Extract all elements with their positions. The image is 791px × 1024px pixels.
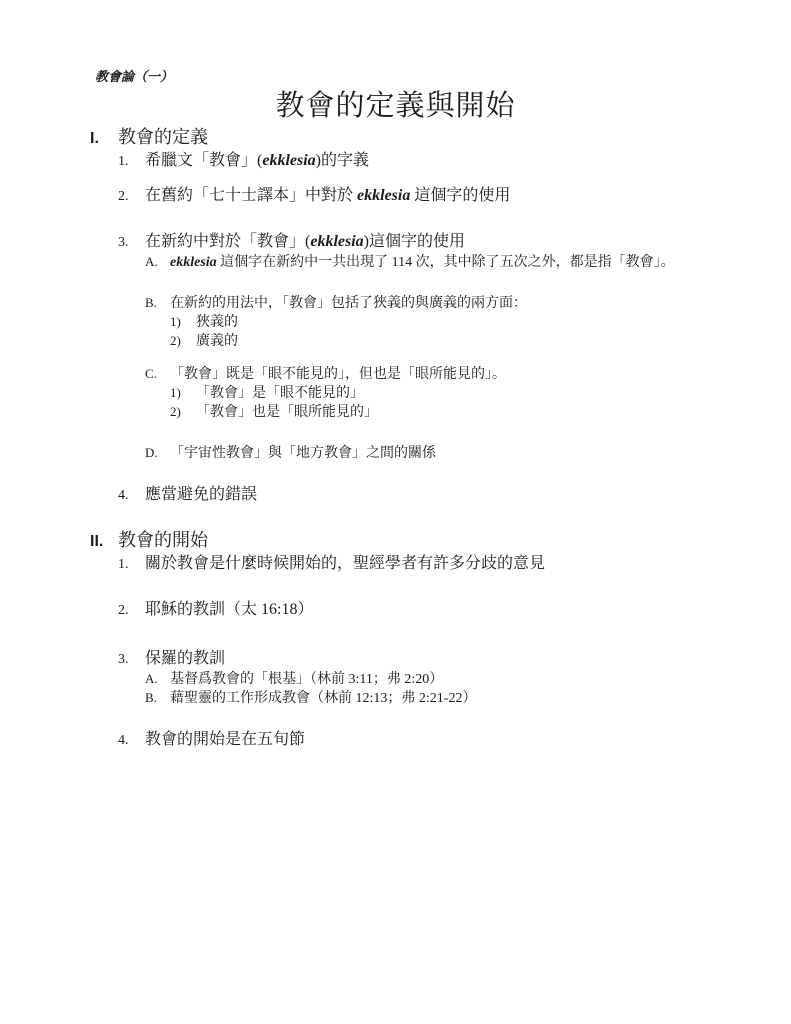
- item-text: 基督爲教會的「根基」（林前 3:11；弗 2:20）: [170, 671, 791, 689]
- item-text: 狹義的: [196, 314, 791, 332]
- item-text: 廣義的: [196, 333, 791, 351]
- outline-item: D.「宇宙性教會」與「地方教會」之間的關係: [0, 444, 791, 463]
- item-text: 保羅的教訓: [145, 649, 791, 669]
- outline-item: 1)狹義的: [0, 313, 791, 332]
- item-marker: A.: [145, 670, 170, 688]
- item-marker: A.: [145, 253, 170, 271]
- outline-item: 2.在舊約「七十士譯本」中對於 ekklesia 這個字的使用: [0, 186, 791, 207]
- outline-item: A.ekklesia 這個字在新約中一共出現了 114 次，其中除了五次之外，都…: [0, 253, 791, 272]
- item-text: 「教會」既是「眼不能見的」，但也是「眼所能見的」。: [170, 366, 791, 384]
- page-title: 教會的定義與開始: [0, 89, 791, 123]
- outline-item: 1.關於教會是什麼時候開始的，聖經學者有許多分歧的意見: [0, 554, 791, 575]
- item-marker: 1): [170, 313, 196, 331]
- document-header: 教會論（一）: [95, 69, 791, 85]
- outline-item: 3.保羅的教訓: [0, 649, 791, 670]
- outline-item: 2)「教會」也是「眼所能見的」: [0, 403, 791, 422]
- item-text: 希臘文「教會」(ekklesia)的字義: [145, 151, 791, 171]
- outline-item: 3.在新約中對於「教會」(ekklesia)這個字的使用: [0, 232, 791, 253]
- item-text: ekklesia 這個字在新約中一共出現了 114 次，其中除了五次之外，都是指…: [170, 254, 791, 272]
- item-marker: II.: [90, 530, 118, 554]
- item-text: 耶穌的教訓（太 16:18）: [145, 600, 791, 620]
- item-text: 應當避免的錯誤: [145, 485, 791, 505]
- item-text: 關於教會是什麼時候開始的，聖經學者有許多分歧的意見: [145, 554, 791, 574]
- item-marker: B.: [145, 294, 170, 312]
- outline-item: 2)廣義的: [0, 332, 791, 351]
- item-marker: 1.: [118, 152, 145, 172]
- section-heading: I.教會的定義: [0, 125, 791, 151]
- outline-item: 4.教會的開始是在五旬節: [0, 730, 791, 751]
- item-marker: B.: [145, 689, 170, 707]
- item-marker: I.: [90, 127, 118, 151]
- item-marker: 1.: [118, 555, 145, 575]
- item-marker: 1): [170, 384, 196, 402]
- item-text: 「宇宙性教會」與「地方教會」之間的關係: [170, 445, 791, 463]
- outline-item: 1.希臘文「教會」(ekklesia)的字義: [0, 151, 791, 172]
- outline-item: A.基督爲教會的「根基」（林前 3:11；弗 2:20）: [0, 670, 791, 689]
- item-marker: 3.: [118, 233, 145, 253]
- item-text: 在新約的用法中，「教會」包括了狹義的與廣義的兩方面：: [170, 295, 791, 313]
- outline-item: B.在新約的用法中，「教會」包括了狹義的與廣義的兩方面：: [0, 294, 791, 313]
- item-text: 「教會」是「眼不能見的」: [196, 385, 791, 403]
- item-marker: 2): [170, 332, 196, 350]
- section-heading: II.教會的開始: [0, 528, 791, 554]
- item-marker: D.: [145, 444, 170, 462]
- outline-item: 4.應當避免的錯誤: [0, 485, 791, 506]
- item-text: 教會的定義: [118, 125, 791, 149]
- item-text: 「教會」也是「眼所能見的」: [196, 404, 791, 422]
- document-page: 教會論（一） 教會的定義與開始 I.教會的定義1.希臘文「教會」(ekklesi…: [0, 0, 791, 1024]
- item-text: 藉聖靈的工作形成教會（林前 12:13；弗 2:21-22）: [170, 690, 791, 708]
- item-marker: 4.: [118, 486, 145, 506]
- item-marker: 2): [170, 403, 196, 421]
- outline-item: C.「教會」既是「眼不能見的」，但也是「眼所能見的」。: [0, 365, 791, 384]
- item-marker: 3.: [118, 650, 145, 670]
- outline: I.教會的定義1.希臘文「教會」(ekklesia)的字義2.在舊約「七十士譯本…: [0, 125, 791, 751]
- item-marker: 2.: [118, 601, 145, 621]
- outline-item: 2.耶穌的教訓（太 16:18）: [0, 600, 791, 621]
- item-marker: C.: [145, 365, 170, 383]
- outline-item: B.藉聖靈的工作形成教會（林前 12:13；弗 2:21-22）: [0, 689, 791, 708]
- item-marker: 4.: [118, 731, 145, 751]
- item-text: 教會的開始: [118, 528, 791, 552]
- item-marker: 2.: [118, 187, 145, 207]
- item-text: 在舊約「七十士譯本」中對於 ekklesia 這個字的使用: [145, 186, 791, 206]
- item-text: 教會的開始是在五旬節: [145, 730, 791, 750]
- outline-item: 1)「教會」是「眼不能見的」: [0, 384, 791, 403]
- item-text: 在新約中對於「教會」(ekklesia)這個字的使用: [145, 232, 791, 252]
